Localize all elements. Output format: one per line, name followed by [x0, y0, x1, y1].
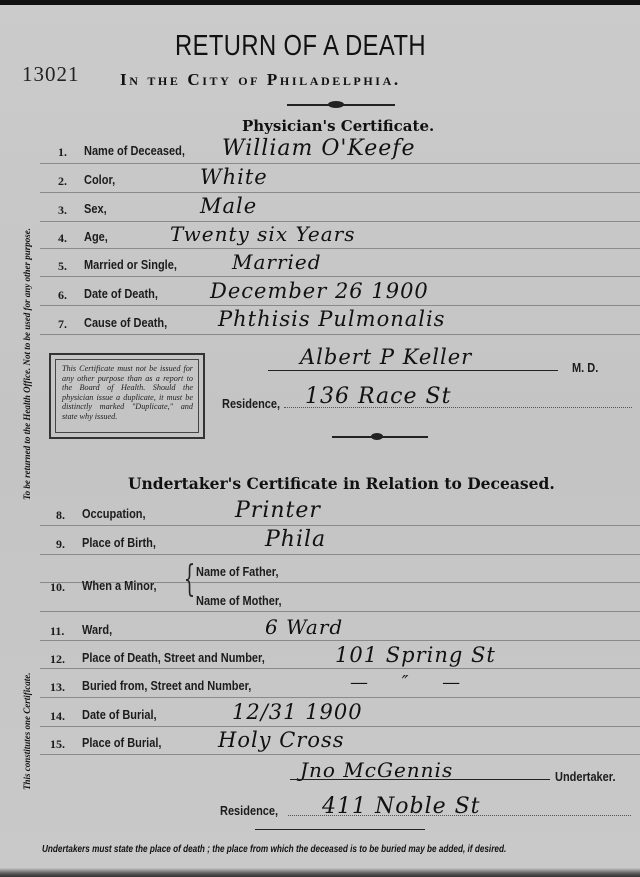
ruled-line: [40, 726, 640, 727]
ruled-line: [40, 640, 640, 641]
scan-bottom-edge: [0, 868, 640, 877]
field-label: Place of Birth,: [82, 536, 156, 550]
footer-divider: [255, 829, 425, 830]
physician-notice-box: This Certificate must not be issued for …: [49, 353, 205, 439]
margin-note-lower: This constitutes one Certificate.: [22, 672, 32, 790]
field-number: 7.: [58, 317, 67, 332]
document-subtitle: In the City of Philadelphia.: [120, 70, 401, 90]
physician-residence-value: 136 Race St: [305, 384, 451, 409]
field-value-handwritten: Married: [232, 250, 322, 274]
field-number: 3.: [58, 203, 67, 218]
ruled-line: [40, 276, 640, 277]
field-label: Buried from, Street and Number,: [82, 679, 251, 693]
field-value-handwritten: Twenty six Years: [170, 222, 356, 246]
field-value-handwritten: White: [200, 165, 268, 189]
brace-icon: {: [184, 562, 195, 598]
md-suffix: M. D.: [572, 361, 598, 375]
ornament-dot-icon: [371, 433, 383, 440]
field-label: Married or Single,: [84, 258, 177, 272]
field-number: 11.: [50, 624, 64, 639]
field-label: Ward,: [82, 623, 112, 637]
field-number: 6.: [58, 288, 67, 303]
undertaker-signature-line: [290, 779, 550, 780]
field-number: 10.: [50, 580, 65, 595]
physician-certificate-heading: Physician's Certificate.: [242, 117, 434, 135]
register-number: 13021: [22, 62, 80, 87]
physician-residence-label: Residence,: [222, 397, 280, 411]
field-value-handwritten: Phthisis Pulmonalis: [218, 307, 445, 331]
field-number: 13.: [50, 680, 65, 695]
field-label: Cause of Death,: [84, 316, 167, 330]
field-number: 1.: [58, 145, 67, 160]
field-value-handwritten: 6 Ward: [265, 615, 343, 639]
ruled-line: [40, 668, 640, 669]
field-value-handwritten: William O'Keefe: [222, 136, 415, 161]
field-number: 4.: [58, 231, 67, 246]
field-label: Occupation,: [82, 507, 146, 521]
field-value-handwritten: 101 Spring St: [335, 643, 496, 667]
field-number: 14.: [50, 709, 65, 724]
field-label: Date of Burial,: [82, 708, 157, 722]
field-label: Place of Death, Street and Number,: [82, 651, 265, 665]
field-value-handwritten: December 26 1900: [210, 279, 429, 303]
field-label: Date of Death,: [84, 287, 158, 301]
field-value-handwritten: Phila: [265, 527, 326, 552]
undertaker-certificate-heading: Undertaker's Certificate in Relation to …: [128, 474, 555, 493]
ornament-diamond-icon: [328, 101, 344, 108]
field-number: 15.: [50, 737, 65, 752]
field-label: Place of Burial,: [82, 736, 161, 750]
field-label: Color,: [84, 173, 115, 187]
field-number: 5.: [58, 259, 67, 274]
name-of-father-label: Name of Father,: [196, 565, 279, 579]
ruled-line: [40, 192, 640, 193]
ruled-line: [40, 334, 640, 335]
field-value-handwritten: Holy Cross: [218, 728, 345, 752]
undertaker-residence-label: Residence,: [220, 804, 278, 818]
physician-notice-text: This Certificate must not be issued for …: [55, 359, 199, 433]
name-of-mother-label: Name of Mother,: [196, 594, 282, 608]
field-number: 9.: [56, 537, 65, 552]
field-value-handwritten: — ″ —: [350, 672, 474, 693]
ruled-line: [40, 305, 640, 306]
ruled-line: [40, 697, 640, 698]
undertaker-suffix: Undertaker.: [555, 770, 616, 784]
field-number: 2.: [58, 174, 67, 189]
footer-instruction: Undertakers must state the place of deat…: [42, 843, 506, 855]
undertaker-residence-value: 411 Noble St: [322, 794, 481, 819]
ruled-line: [40, 611, 640, 612]
field-value-handwritten: 12/31 1900: [232, 700, 363, 724]
ruled-line: [40, 554, 640, 555]
physician-signature: Albert P Keller: [300, 345, 472, 369]
field-number: 8.: [56, 508, 65, 523]
field-label: Sex,: [84, 202, 107, 216]
ruled-line: [40, 163, 640, 164]
field-label: Age,: [84, 230, 108, 244]
document-title: RETURN OF A DEATH: [175, 30, 426, 63]
margin-note-upper: To be returned to the Health Office. Not…: [22, 228, 32, 500]
field-value-handwritten: Printer: [235, 498, 321, 523]
field-value-handwritten: Male: [200, 194, 257, 218]
field-number: 12.: [50, 652, 65, 667]
field-label: Name of Deceased,: [84, 144, 185, 158]
ruled-line: [40, 754, 640, 755]
field-label: When a Minor,: [82, 579, 157, 593]
physician-signature-line: [268, 370, 558, 371]
ruled-line: [40, 248, 640, 249]
ruled-line: [40, 525, 640, 526]
